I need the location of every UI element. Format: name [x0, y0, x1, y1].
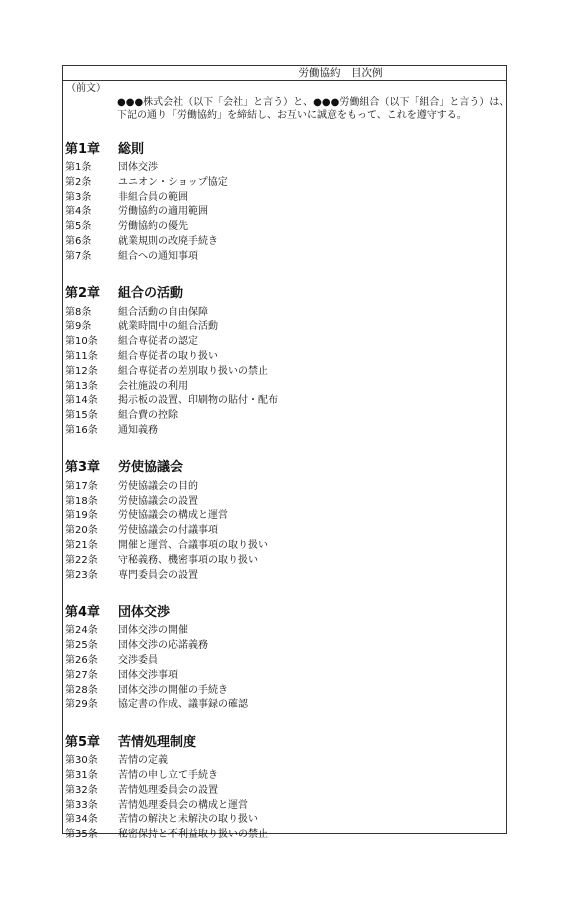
article-number: 第31条	[63, 769, 117, 784]
chapter-section: 第5章苦情処理制度第30条苦情の定義第31条苦情の申し立て手続き第32条苦情処理…	[63, 729, 506, 843]
document-frame: 労働協約 目次例 （前文） ●●●株式会社（以下「会社」と言う）と、●●●労働組…	[62, 65, 507, 834]
article-title: 労働協約の適用範囲	[117, 205, 208, 220]
article-title: 苦情の定義	[117, 754, 168, 769]
article-number: 第22条	[63, 554, 117, 569]
article-number: 第28条	[63, 684, 117, 699]
article-number: 第33条	[63, 799, 117, 814]
chapter-heading: 第5章苦情処理制度	[63, 729, 506, 751]
table-of-contents: 第1章総則第1条団体交渉第2条ユニオン・ショップ協定第3条非組合員の範囲第4条労…	[63, 136, 506, 859]
article-number: 第14条	[63, 394, 117, 409]
article-row: 第15条組合費の控除	[63, 409, 506, 424]
article-number: 第25条	[63, 639, 117, 654]
article-row: 第3条非組合員の範囲	[63, 191, 506, 206]
article-number: 第26条	[63, 654, 117, 669]
article-number: 第18条	[63, 495, 117, 510]
article-number: 第7条	[63, 250, 117, 265]
article-row: 第9条就業時間中の組合活動	[63, 320, 506, 335]
article-number: 第20条	[63, 524, 117, 539]
article-title: 労使協議会の目的	[117, 480, 198, 495]
chapter-title: 労使協議会	[117, 456, 183, 475]
article-title: 組合専従者の取り扱い	[117, 350, 218, 365]
article-title: 団体交渉	[117, 161, 158, 176]
chapter-heading: 第2章組合の活動	[63, 281, 506, 303]
article-title: 組合活動の自由保障	[117, 306, 208, 321]
article-row: 第33条苦情処理委員会の構成と運営	[63, 799, 506, 814]
article-row: 第4条労働協約の適用範囲	[63, 205, 506, 220]
article-row: 第35条秘密保持と不利益取り扱いの禁止	[63, 828, 506, 843]
article-number: 第30条	[63, 754, 117, 769]
article-number: 第15条	[63, 409, 117, 424]
chapter-section: 第3章労使協議会第17条労使協議会の目的第18条労使協議会の設置第19条労使協議…	[63, 455, 506, 584]
article-row: 第20条労使協議会の付議事項	[63, 524, 506, 539]
article-title: 秘密保持と不利益取り扱いの禁止	[117, 828, 268, 843]
article-row: 第1条団体交渉	[63, 161, 506, 176]
preamble-line: ●●●株式会社（以下「会社」と言う）と、●●●労働組合（以下「組合」と言う）は、	[117, 96, 507, 109]
article-row: 第32条苦情処理委員会の設置	[63, 784, 506, 799]
article-row: 第26条交渉委員	[63, 654, 506, 669]
article-row: 第12条組合専従者の差別取り扱いの禁止	[63, 365, 506, 380]
article-row: 第18条労使協議会の設置	[63, 495, 506, 510]
article-number: 第1条	[63, 161, 117, 176]
preamble-text: ●●●株式会社（以下「会社」と言う）と、●●●労働組合（以下「組合」と言う）は、…	[117, 96, 507, 122]
preamble-section: （前文） ●●●株式会社（以下「会社」と言う）と、●●●労働組合（以下「組合」と…	[63, 81, 506, 125]
article-number: 第2条	[63, 176, 117, 191]
article-title: 非組合員の範囲	[117, 191, 188, 206]
article-row: 第23条専門委員会の設置	[63, 569, 506, 584]
article-row: 第7条組合への通知事項	[63, 250, 506, 265]
article-number: 第34条	[63, 813, 117, 828]
article-row: 第31条苦情の申し立て手続き	[63, 769, 506, 784]
article-number: 第27条	[63, 669, 117, 684]
article-row: 第27条団体交渉事項	[63, 669, 506, 684]
article-number: 第21条	[63, 539, 117, 554]
article-number: 第16条	[63, 424, 117, 439]
article-number: 第13条	[63, 380, 117, 395]
article-title: 団体交渉の開催	[117, 624, 188, 639]
article-row: 第2条ユニオン・ショップ協定	[63, 176, 506, 191]
article-title: 就業時間中の組合活動	[117, 320, 218, 335]
article-number: 第32条	[63, 784, 117, 799]
article-row: 第29条協定書の作成、議事録の確認	[63, 698, 506, 713]
article-row: 第11条組合専従者の取り扱い	[63, 350, 506, 365]
chapter-title: 総則	[117, 138, 144, 157]
article-title: 組合専従者の認定	[117, 335, 198, 350]
article-title: 苦情の解決と未解決の取り扱い	[117, 813, 258, 828]
article-number: 第23条	[63, 569, 117, 584]
article-row: 第8条組合活動の自由保障	[63, 306, 506, 321]
preamble-label: （前文）	[66, 82, 106, 95]
article-number: 第5条	[63, 220, 117, 235]
article-title: 掲示板の設置、印刷物の貼付・配布	[117, 394, 278, 409]
article-title: 団体交渉の開催の手続き	[117, 684, 228, 699]
article-title: 開催と運営、合議事項の取り扱い	[117, 539, 268, 554]
article-number: 第12条	[63, 365, 117, 380]
article-title: 苦情の申し立て手続き	[117, 769, 218, 784]
chapter-heading: 第3章労使協議会	[63, 455, 506, 477]
article-row: 第10条組合専従者の認定	[63, 335, 506, 350]
article-row: 第34条苦情の解決と未解決の取り扱い	[63, 813, 506, 828]
article-row: 第24条団体交渉の開催	[63, 624, 506, 639]
article-row: 第5条労働協約の優先	[63, 220, 506, 235]
article-row: 第13条会社施設の利用	[63, 380, 506, 395]
article-number: 第19条	[63, 509, 117, 524]
article-number: 第11条	[63, 350, 117, 365]
preamble-line: 下記の通り「労働協約」を締結し、お互いに誠意をもって、これを遵守する。	[117, 109, 507, 122]
article-title: 労使協議会の構成と運営	[117, 509, 228, 524]
article-row: 第25条団体交渉の応諾義務	[63, 639, 506, 654]
chapter-number: 第2章	[63, 282, 117, 301]
article-title: 苦情処理委員会の構成と運営	[117, 799, 248, 814]
article-title: ユニオン・ショップ協定	[117, 176, 228, 191]
article-row: 第19条労使協議会の構成と運営	[63, 509, 506, 524]
chapter-title: 組合の活動	[117, 282, 183, 301]
chapter-number: 第3章	[63, 456, 117, 475]
article-title: 会社施設の利用	[117, 380, 188, 395]
article-title: 通知義務	[117, 424, 158, 439]
article-title: 組合専従者の差別取り扱いの禁止	[117, 365, 268, 380]
chapter-heading: 第1章総則	[63, 136, 506, 158]
article-title: 協定書の作成、議事録の確認	[117, 698, 248, 713]
article-title: 労使協議会の設置	[117, 495, 198, 510]
article-title: 団体交渉の応諾義務	[117, 639, 208, 654]
article-title: 就業規則の改廃手続き	[117, 235, 218, 250]
article-title: 守秘義務、機密事項の取り扱い	[117, 554, 258, 569]
article-row: 第21条開催と運営、合議事項の取り扱い	[63, 539, 506, 554]
article-title: 交渉委員	[117, 654, 158, 669]
chapter-number: 第5章	[63, 731, 117, 750]
document-title: 労働協約 目次例	[63, 66, 506, 81]
chapter-section: 第4章団体交渉第24条団体交渉の開催第25条団体交渉の応諾義務第26条交渉委員第…	[63, 599, 506, 713]
article-title: 組合費の控除	[117, 409, 178, 424]
article-row: 第14条掲示板の設置、印刷物の貼付・配布	[63, 394, 506, 409]
article-row: 第28条団体交渉の開催の手続き	[63, 684, 506, 699]
article-number: 第17条	[63, 480, 117, 495]
article-number: 第3条	[63, 191, 117, 206]
chapter-number: 第1章	[63, 138, 117, 157]
article-number: 第4条	[63, 205, 117, 220]
article-number: 第24条	[63, 624, 117, 639]
article-title: 苦情処理委員会の設置	[117, 784, 218, 799]
chapter-number: 第4章	[63, 601, 117, 620]
article-row: 第17条労使協議会の目的	[63, 480, 506, 495]
article-title: 組合への通知事項	[117, 250, 198, 265]
article-title: 専門委員会の設置	[117, 569, 198, 584]
chapter-heading: 第4章団体交渉	[63, 599, 506, 621]
article-row: 第30条苦情の定義	[63, 754, 506, 769]
article-title: 労使協議会の付議事項	[117, 524, 218, 539]
article-row: 第22条守秘義務、機密事項の取り扱い	[63, 554, 506, 569]
article-title: 労働協約の優先	[117, 220, 188, 235]
article-number: 第6条	[63, 235, 117, 250]
chapter-title: 苦情処理制度	[117, 731, 196, 750]
article-row: 第16条通知義務	[63, 424, 506, 439]
chapter-title: 団体交渉	[117, 601, 170, 620]
article-number: 第29条	[63, 698, 117, 713]
article-number: 第10条	[63, 335, 117, 350]
article-row: 第6条就業規則の改廃手続き	[63, 235, 506, 250]
chapter-section: 第1章総則第1条団体交渉第2条ユニオン・ショップ協定第3条非組合員の範囲第4条労…	[63, 136, 506, 265]
article-title: 団体交渉事項	[117, 669, 178, 684]
chapter-section: 第2章組合の活動第8条組合活動の自由保障第9条就業時間中の組合活動第10条組合専…	[63, 281, 506, 439]
article-number: 第9条	[63, 320, 117, 335]
article-number: 第35条	[63, 828, 117, 843]
article-number: 第8条	[63, 306, 117, 321]
